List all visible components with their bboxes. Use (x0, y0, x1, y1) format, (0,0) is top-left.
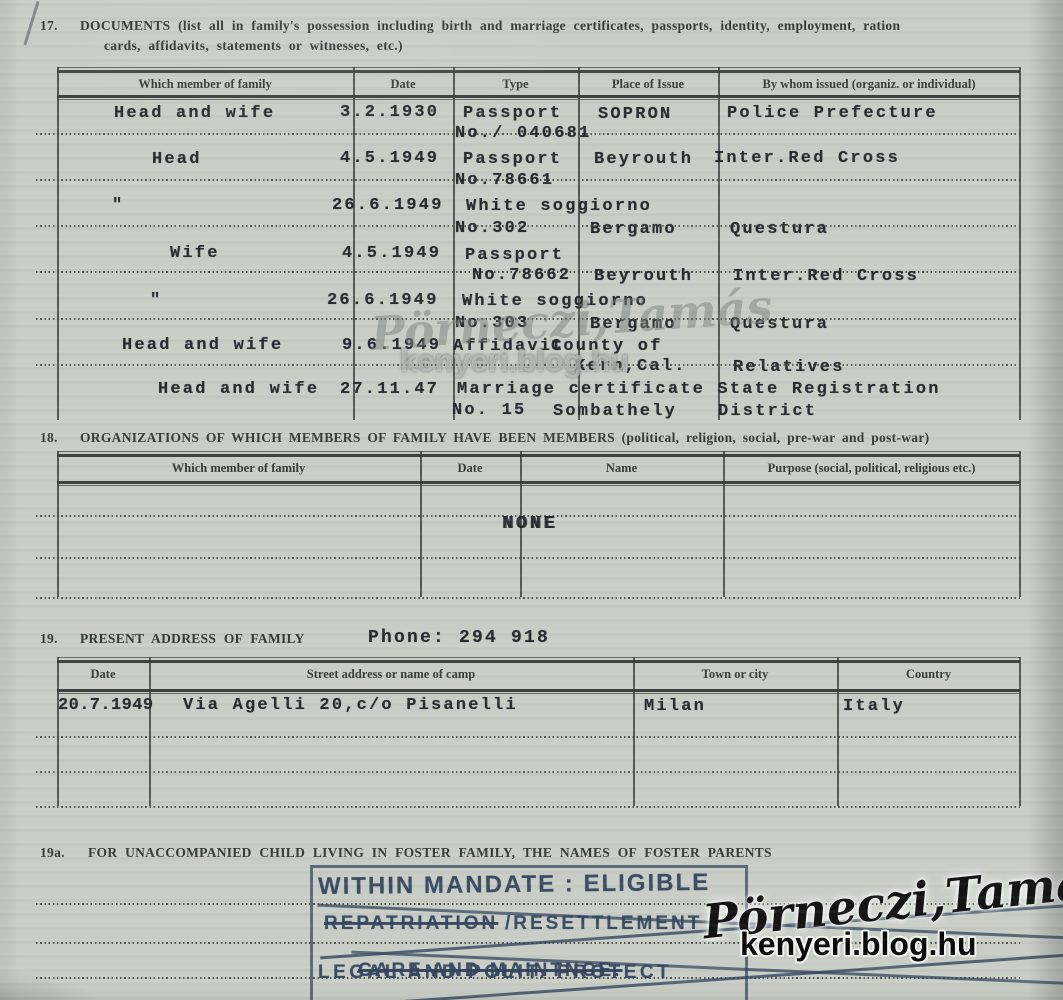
t17-line6-type: Passport (465, 246, 564, 265)
phone-entry: Phone: 294 918 (368, 628, 550, 648)
t17-line13-issuer: District (718, 402, 817, 421)
table19-rule (57, 660, 1020, 663)
t17-line12-member: Head and wife (158, 380, 319, 399)
t19-header-street: Street address or name of camp (149, 667, 633, 682)
table19-rule (57, 657, 1020, 658)
section18-title: ORGANIZATIONS OF WHICH MEMBERS OF FAMILY… (80, 430, 929, 446)
table17-rule (57, 67, 1020, 68)
section19a-title: FOR UNACCOMPANIED CHILD LIVING IN FOSTER… (88, 845, 772, 861)
t17-line0-type: Passport (463, 104, 562, 123)
table18-rule (57, 451, 1020, 452)
t17-line0-date: 3.2.1930 (340, 103, 439, 122)
t17-line13-place: Sombathely (553, 402, 677, 421)
t17-line10-member: Head and wife (122, 336, 283, 355)
scanned-refugee-form: 17. DOCUMENTS (list all in family's poss… (0, 0, 1063, 1000)
t19-row-country: Italy (843, 697, 905, 716)
t17-line5-issuer: Questura (730, 220, 829, 239)
table19-rule (57, 689, 1020, 692)
t17-line6-member: Wife (170, 244, 220, 263)
table17-rule (57, 70, 1020, 73)
dotted-line (36, 736, 1020, 738)
t17-line12-date: 27.11.47 (340, 380, 439, 399)
section18-number: 18. (40, 430, 58, 446)
t17-line0-place: SOPRON (598, 105, 672, 124)
t17-line5-type: No.302 (455, 219, 529, 238)
table18-rule (57, 485, 1020, 486)
t18-header-date: Date (420, 461, 520, 476)
t17-line4-date: 26.6.1949 (332, 196, 444, 215)
pen-mark (23, 1, 39, 46)
stamp-resettlement: /RESETTLEMENT (505, 913, 702, 935)
t19-header-country: Country (837, 667, 1020, 682)
section19-title: PRESENT ADDRESS OF FAMILY (80, 631, 305, 647)
t17-header-place: Place of Issue (578, 77, 718, 92)
table18-rule (57, 481, 1020, 484)
t19-row-date: 20.7.1949 (58, 696, 153, 715)
t17-line2-member: Head (152, 150, 202, 169)
section17-title-line1: DOCUMENTS (list all in family's possessi… (80, 18, 900, 34)
t17-line0-member: Head and wife (114, 104, 275, 123)
t17-header-issuer: By whom issued (organiz. or individual) (718, 77, 1020, 92)
t17-line4-member: " (112, 196, 124, 215)
t18-none-entry: NONE (502, 514, 557, 534)
table17-rule (57, 99, 1020, 100)
t19-header-date: Date (57, 667, 149, 682)
dotted-line (36, 557, 1020, 559)
t18-header-member: Which member of family (57, 461, 420, 476)
table17-rule (57, 95, 1020, 98)
t17-header-member: Which member of family (57, 77, 353, 92)
t17-line2-date: 4.5.1949 (340, 149, 439, 168)
watermark-site: kenyeri.blog.hu (740, 926, 976, 963)
t17-line13-type: No. 15 (452, 401, 526, 420)
section19a-number: 19a. (40, 845, 65, 861)
t17-header-type: Type (453, 77, 578, 92)
t17-line7-place: Beyrouth (594, 267, 693, 286)
section17-number: 17. (40, 18, 58, 34)
t17-line1-type: No./ 040681 (455, 124, 591, 143)
watermark-site-ghost: kenyeri.blog.hu (400, 343, 629, 379)
t17-line6-date: 4.5.1949 (342, 244, 441, 263)
stamp-within-mandate: WITHIN MANDATE : ELIGIBLE (318, 869, 710, 901)
t17-line7-type: No.78662 (472, 266, 571, 285)
table17-border (57, 67, 59, 420)
t18-header-name: Name (520, 461, 723, 476)
stamp-legal-protect: LEGAL AND POLIT. PROTECT (318, 962, 672, 984)
t19-row-street: Via Agelli 20,c/o Pisanelli (183, 696, 518, 715)
t17-line11-issuer: Relatives (733, 358, 845, 377)
t17-line5-place: Bergamo (590, 220, 677, 239)
dotted-line (36, 597, 1020, 599)
t18-header-purpose: Purpose (social, political, religious et… (723, 461, 1020, 476)
section17-title-line2: cards, affidavits, statements or witness… (104, 38, 403, 54)
table19-rule (57, 693, 1020, 694)
t17-line4-type: White soggiorno (466, 197, 652, 216)
t17-line8-member: " (150, 291, 162, 310)
table18-rule (57, 454, 1020, 457)
t17-line2-place: Beyrouth (594, 150, 693, 169)
table17-divider (718, 67, 720, 420)
t17-line3-type: No.78661 (455, 171, 554, 190)
t17-line2-issuer: Inter.Red Cross (714, 149, 900, 168)
t17-line12-type: Marriage certificate State Registration (457, 380, 941, 399)
section19-number: 19. (40, 631, 58, 647)
dotted-line (36, 806, 1020, 808)
t17-header-date: Date (353, 77, 453, 92)
dotted-line (36, 771, 1020, 773)
table17-border (1019, 67, 1021, 420)
t17-line0-issuer: Police Prefecture (727, 104, 938, 123)
t19-header-town: Town or city (633, 667, 837, 682)
t17-line2-type: Passport (463, 150, 562, 169)
t19-row-town: Milan (644, 697, 706, 716)
